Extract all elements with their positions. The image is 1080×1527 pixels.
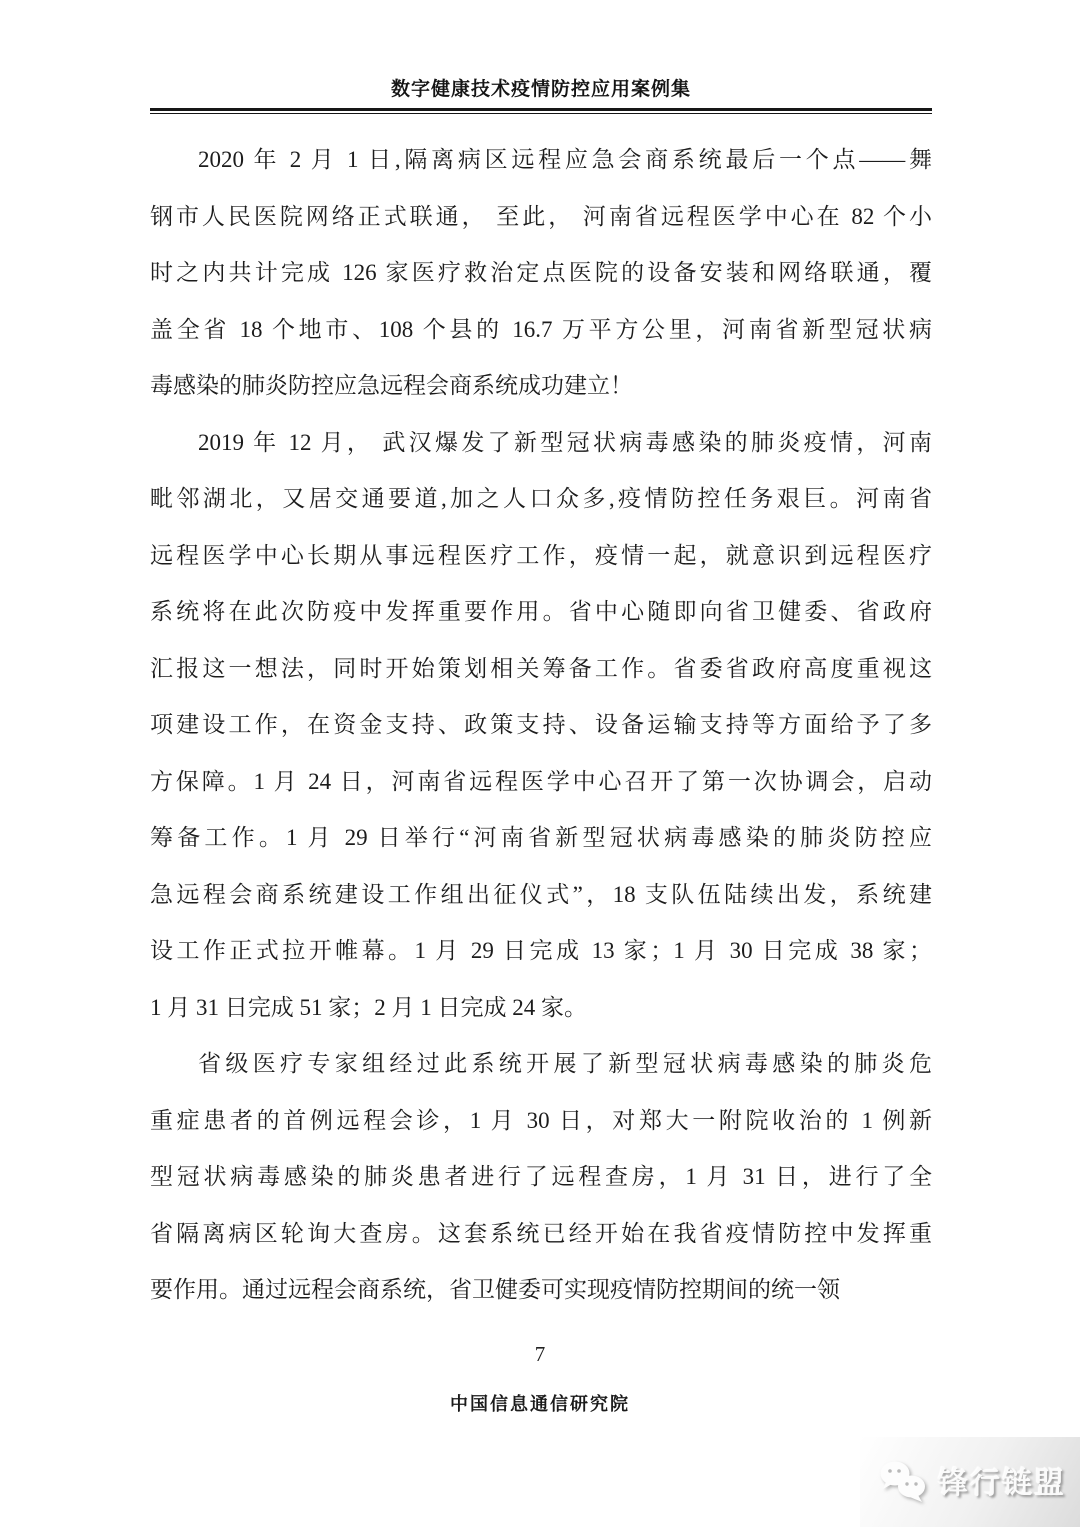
text-line: 型冠状病毒感染的肺炎患者进行了远程查房，1 月 31 日，进行了全	[150, 1149, 932, 1206]
text-line: 要作用。通过远程会商系统，省卫健委可实现疫情防控期间的统一领	[150, 1262, 932, 1319]
text-line: 设工作正式拉开帷幕。1 月 29 日完成 13 家；1 月 30 日完成 38 …	[150, 923, 932, 980]
watermark: 锋行链盟	[860, 1437, 1080, 1527]
text-line: 2019 年 12 月， 武汉爆发了新型冠状病毒感染的肺炎疫情，河南	[150, 415, 932, 472]
text-line: 重症患者的首例远程会诊，1 月 30 日，对郑大一附院收治的 1 例新	[150, 1093, 932, 1150]
text-line: 筹备工作。1 月 29 日举行“河南省新型冠状病毒感染的肺炎防控应	[150, 810, 932, 867]
text-line: 时之内共计完成 126 家医疗救治定点医院的设备安装和网络联通，覆	[150, 245, 932, 302]
text-line: 2020 年 2 月 1 日,隔离病区远程应急会商系统最后一个点——舞	[150, 132, 932, 189]
text-line: 1 月 31 日完成 51 家；2 月 1 日完成 24 家。	[150, 980, 932, 1037]
page-header: 数字健康技术疫情防控应用案例集	[150, 74, 932, 114]
text-line: 汇报这一想法，同时开始策划相关筹备工作。省委省政府高度重视这	[150, 641, 932, 698]
header-title: 数字健康技术疫情防控应用案例集	[150, 74, 932, 101]
text-line: 远程医学中心长期从事远程医疗工作，疫情一起，就意识到远程医疗	[150, 528, 932, 585]
text-line: 省隔离病区轮询大查房。这套系统已经开始在我省疫情防控中发挥重	[150, 1206, 932, 1263]
watermark-text: 锋行链盟	[938, 1458, 1066, 1502]
text-line: 钢市人民医院网络正式联通， 至此， 河南省远程医学中心在 82 个小	[150, 189, 932, 246]
footer-org-name: 中国信息通信研究院	[0, 1390, 1080, 1416]
text-line: 省级医疗专家组经过此系统开展了新型冠状病毒感染的肺炎危	[150, 1036, 932, 1093]
header-rule-thin	[150, 113, 932, 114]
document-page: 数字健康技术疫情防控应用案例集 2020 年 2 月 1 日,隔离病区远程应急会…	[0, 0, 1080, 1527]
wechat-icon	[878, 1459, 930, 1505]
text-line: 方保障。1 月 24 日，河南省远程医学中心召开了第一次协调会，启动	[150, 754, 932, 811]
header-rule-thick	[150, 108, 932, 111]
text-line: 毗邻湖北，又居交通要道,加之人口众多,疫情防控任务艰巨。河南省	[150, 471, 932, 528]
text-line: 毒感染的肺炎防控应急远程会商系统成功建立！	[150, 358, 932, 415]
text-line: 急远程会商系统建设工作组出征仪式”，18 支队伍陆续出发，系统建	[150, 867, 932, 924]
body-text: 2020 年 2 月 1 日,隔离病区远程应急会商系统最后一个点——舞钢市人民医…	[150, 132, 932, 1319]
text-line: 项建设工作，在资金支持、政策支持、设备运输支持等方面给予了多	[150, 697, 932, 754]
text-line: 盖全省 18 个地市、108 个县的 16.7 万平方公里，河南省新型冠状病	[150, 302, 932, 359]
page-number: 7	[0, 1342, 1080, 1367]
text-line: 系统将在此次防疫中发挥重要作用。省中心随即向省卫健委、省政府	[150, 584, 932, 641]
